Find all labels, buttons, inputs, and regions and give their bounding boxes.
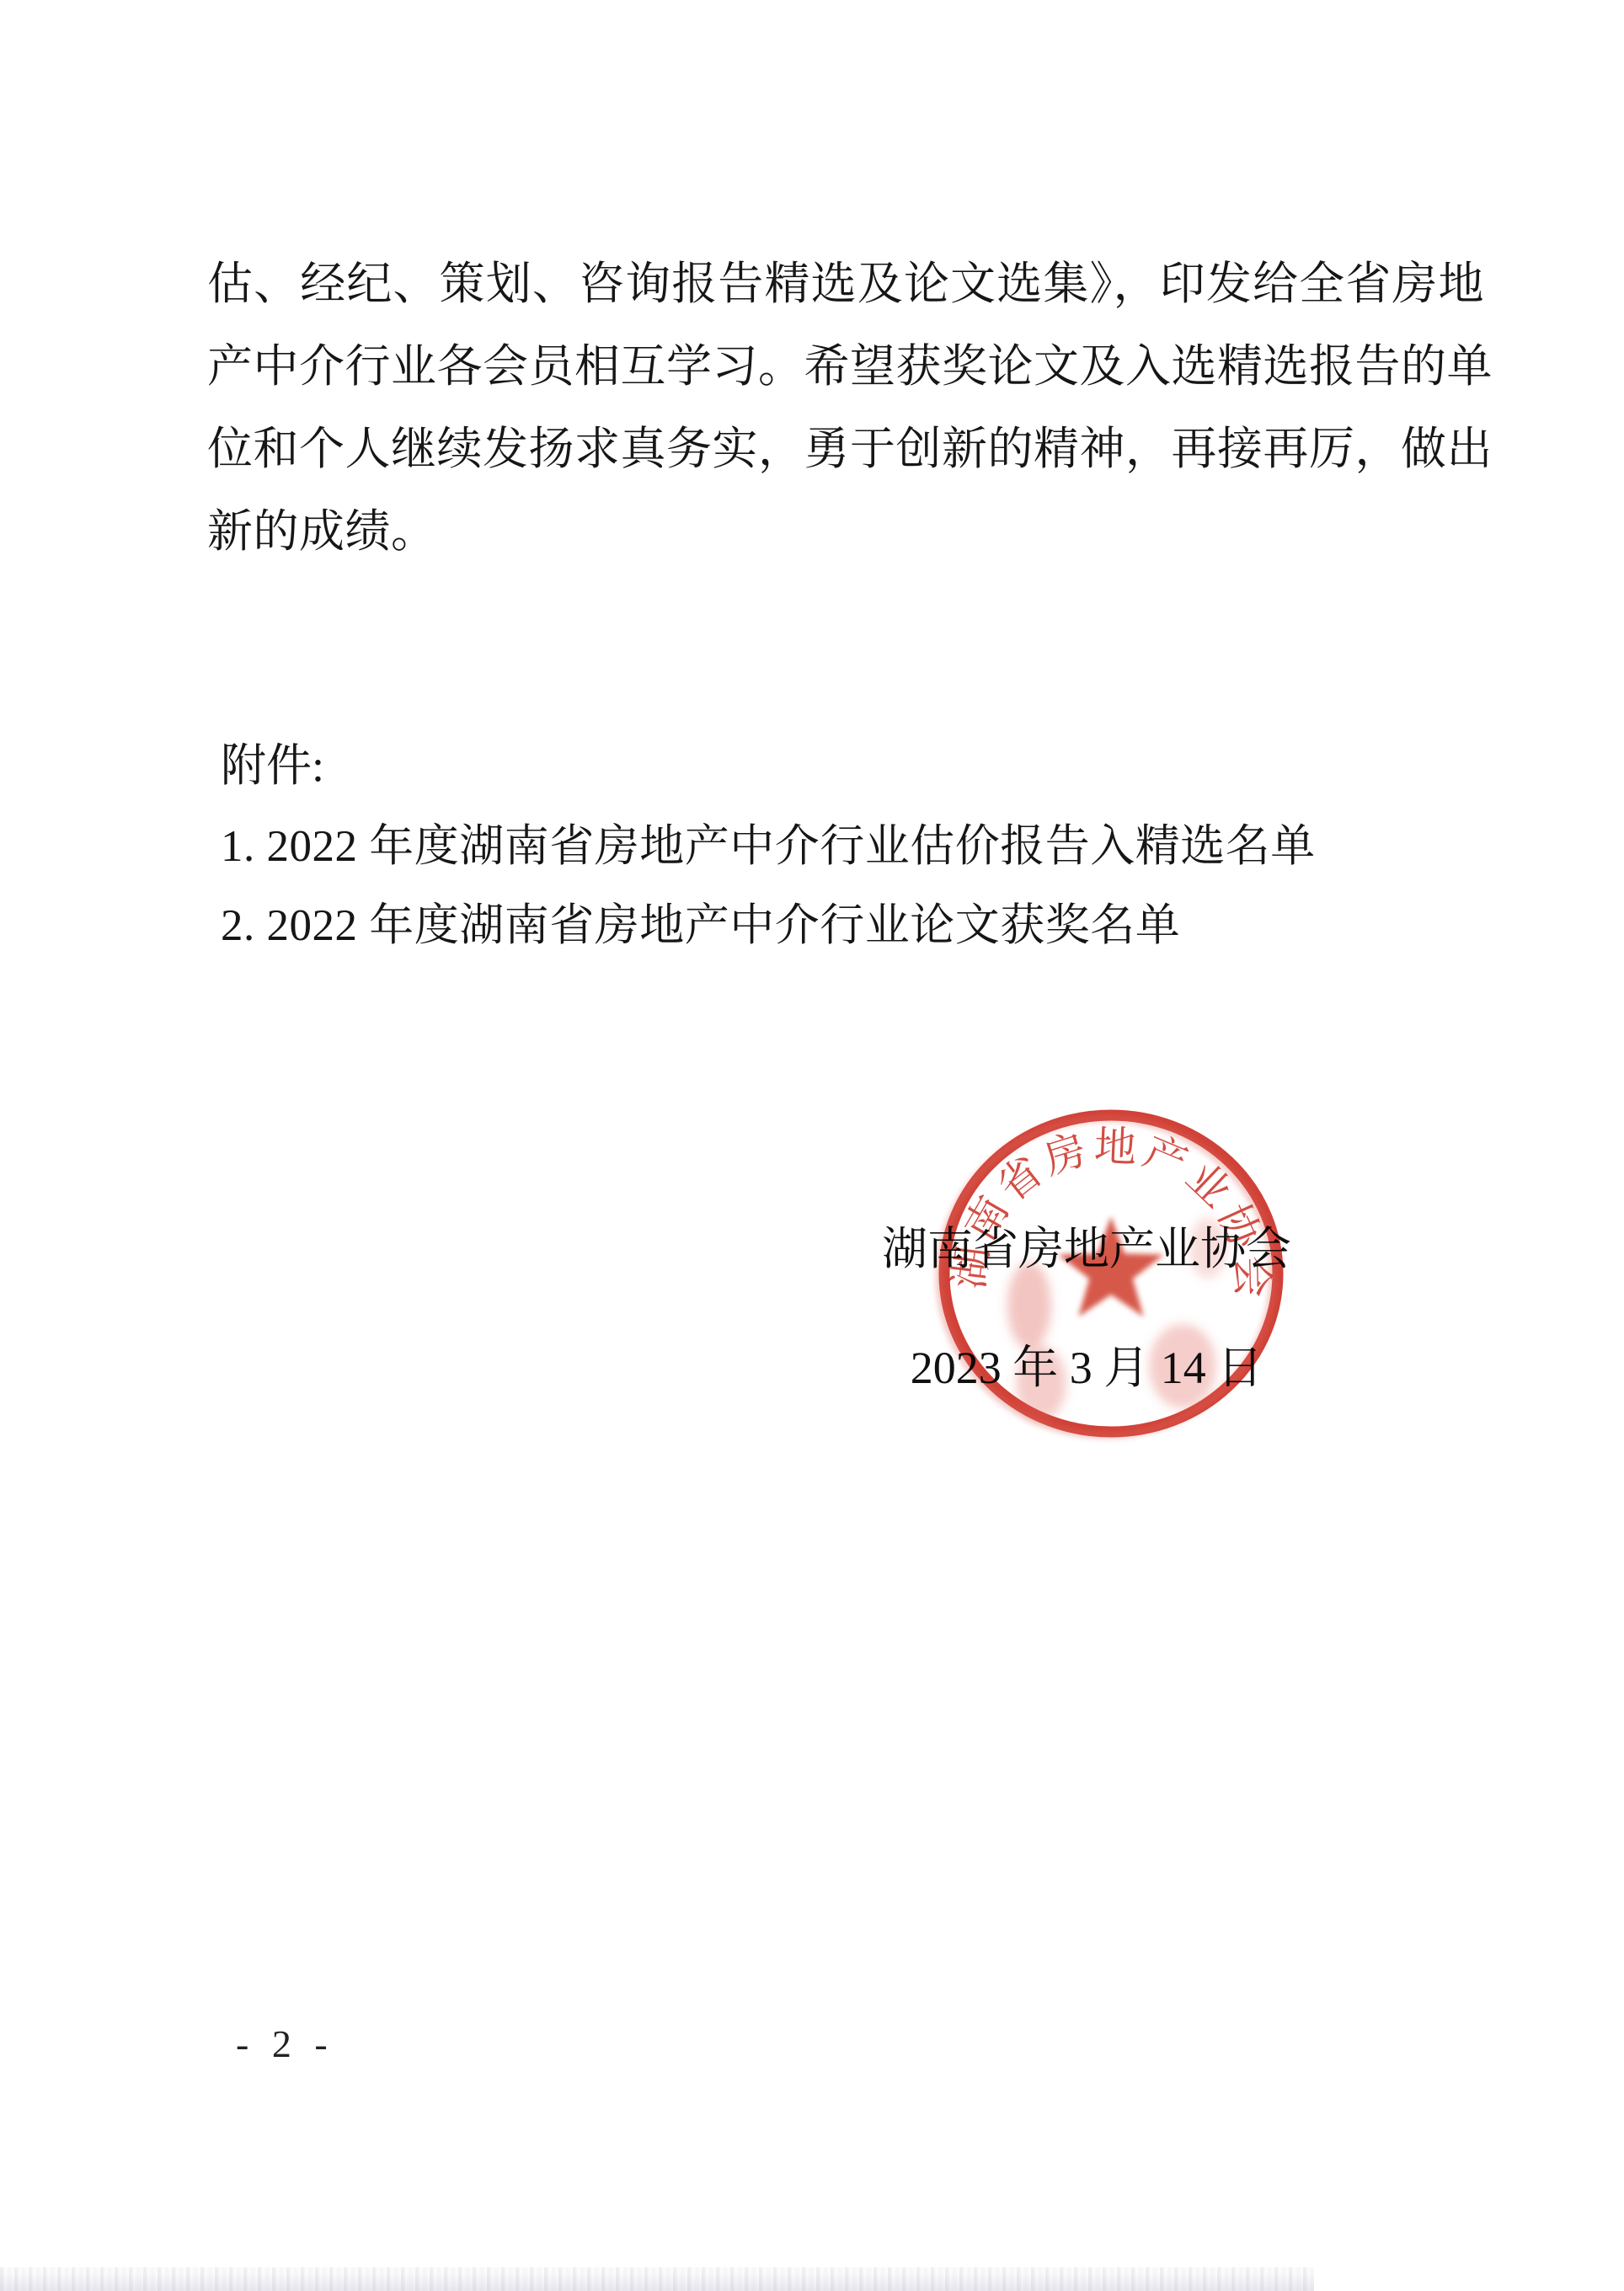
attachment-item-2: 2. 2022 年度湖南省房地产中介行业论文获奖名单 (221, 889, 1180, 953)
document-page: 估、经纪、策划、咨询报告精选及论文选集》，印发给全省房地 产中介行业各会员相互学… (0, 0, 1624, 2291)
attachment-item-1: 1. 2022 年度湖南省房地产中介行业估价报告入精选名单 (221, 810, 1316, 874)
paragraph-line-1: 估、经纪、策划、咨询报告精选及论文选集》，印发给全省房地 (207, 256, 1484, 317)
signature-organization: 湖南省房地产业协会 (842, 1213, 1331, 1278)
paragraph-line-2: 产中介行业各会员相互学习。希望获奖论文及入选精选报告的单 (207, 339, 1484, 399)
scan-artifact (0, 2267, 1314, 2291)
signature-block: 湖南省房地产业协会 2023 年 3 月 14 日 (842, 1213, 1331, 1396)
attachments-label: 附件: (221, 729, 324, 794)
paragraph-line-4: 新的成绩。 (207, 504, 1484, 564)
page-number: - 2 - (236, 2021, 334, 2066)
signature-date: 2023 年 3 月 14 日 (842, 1332, 1331, 1396)
paragraph-line-3: 位和个人继续发扬求真务实，勇于创新的精神，再接再厉，做出 (207, 421, 1484, 482)
